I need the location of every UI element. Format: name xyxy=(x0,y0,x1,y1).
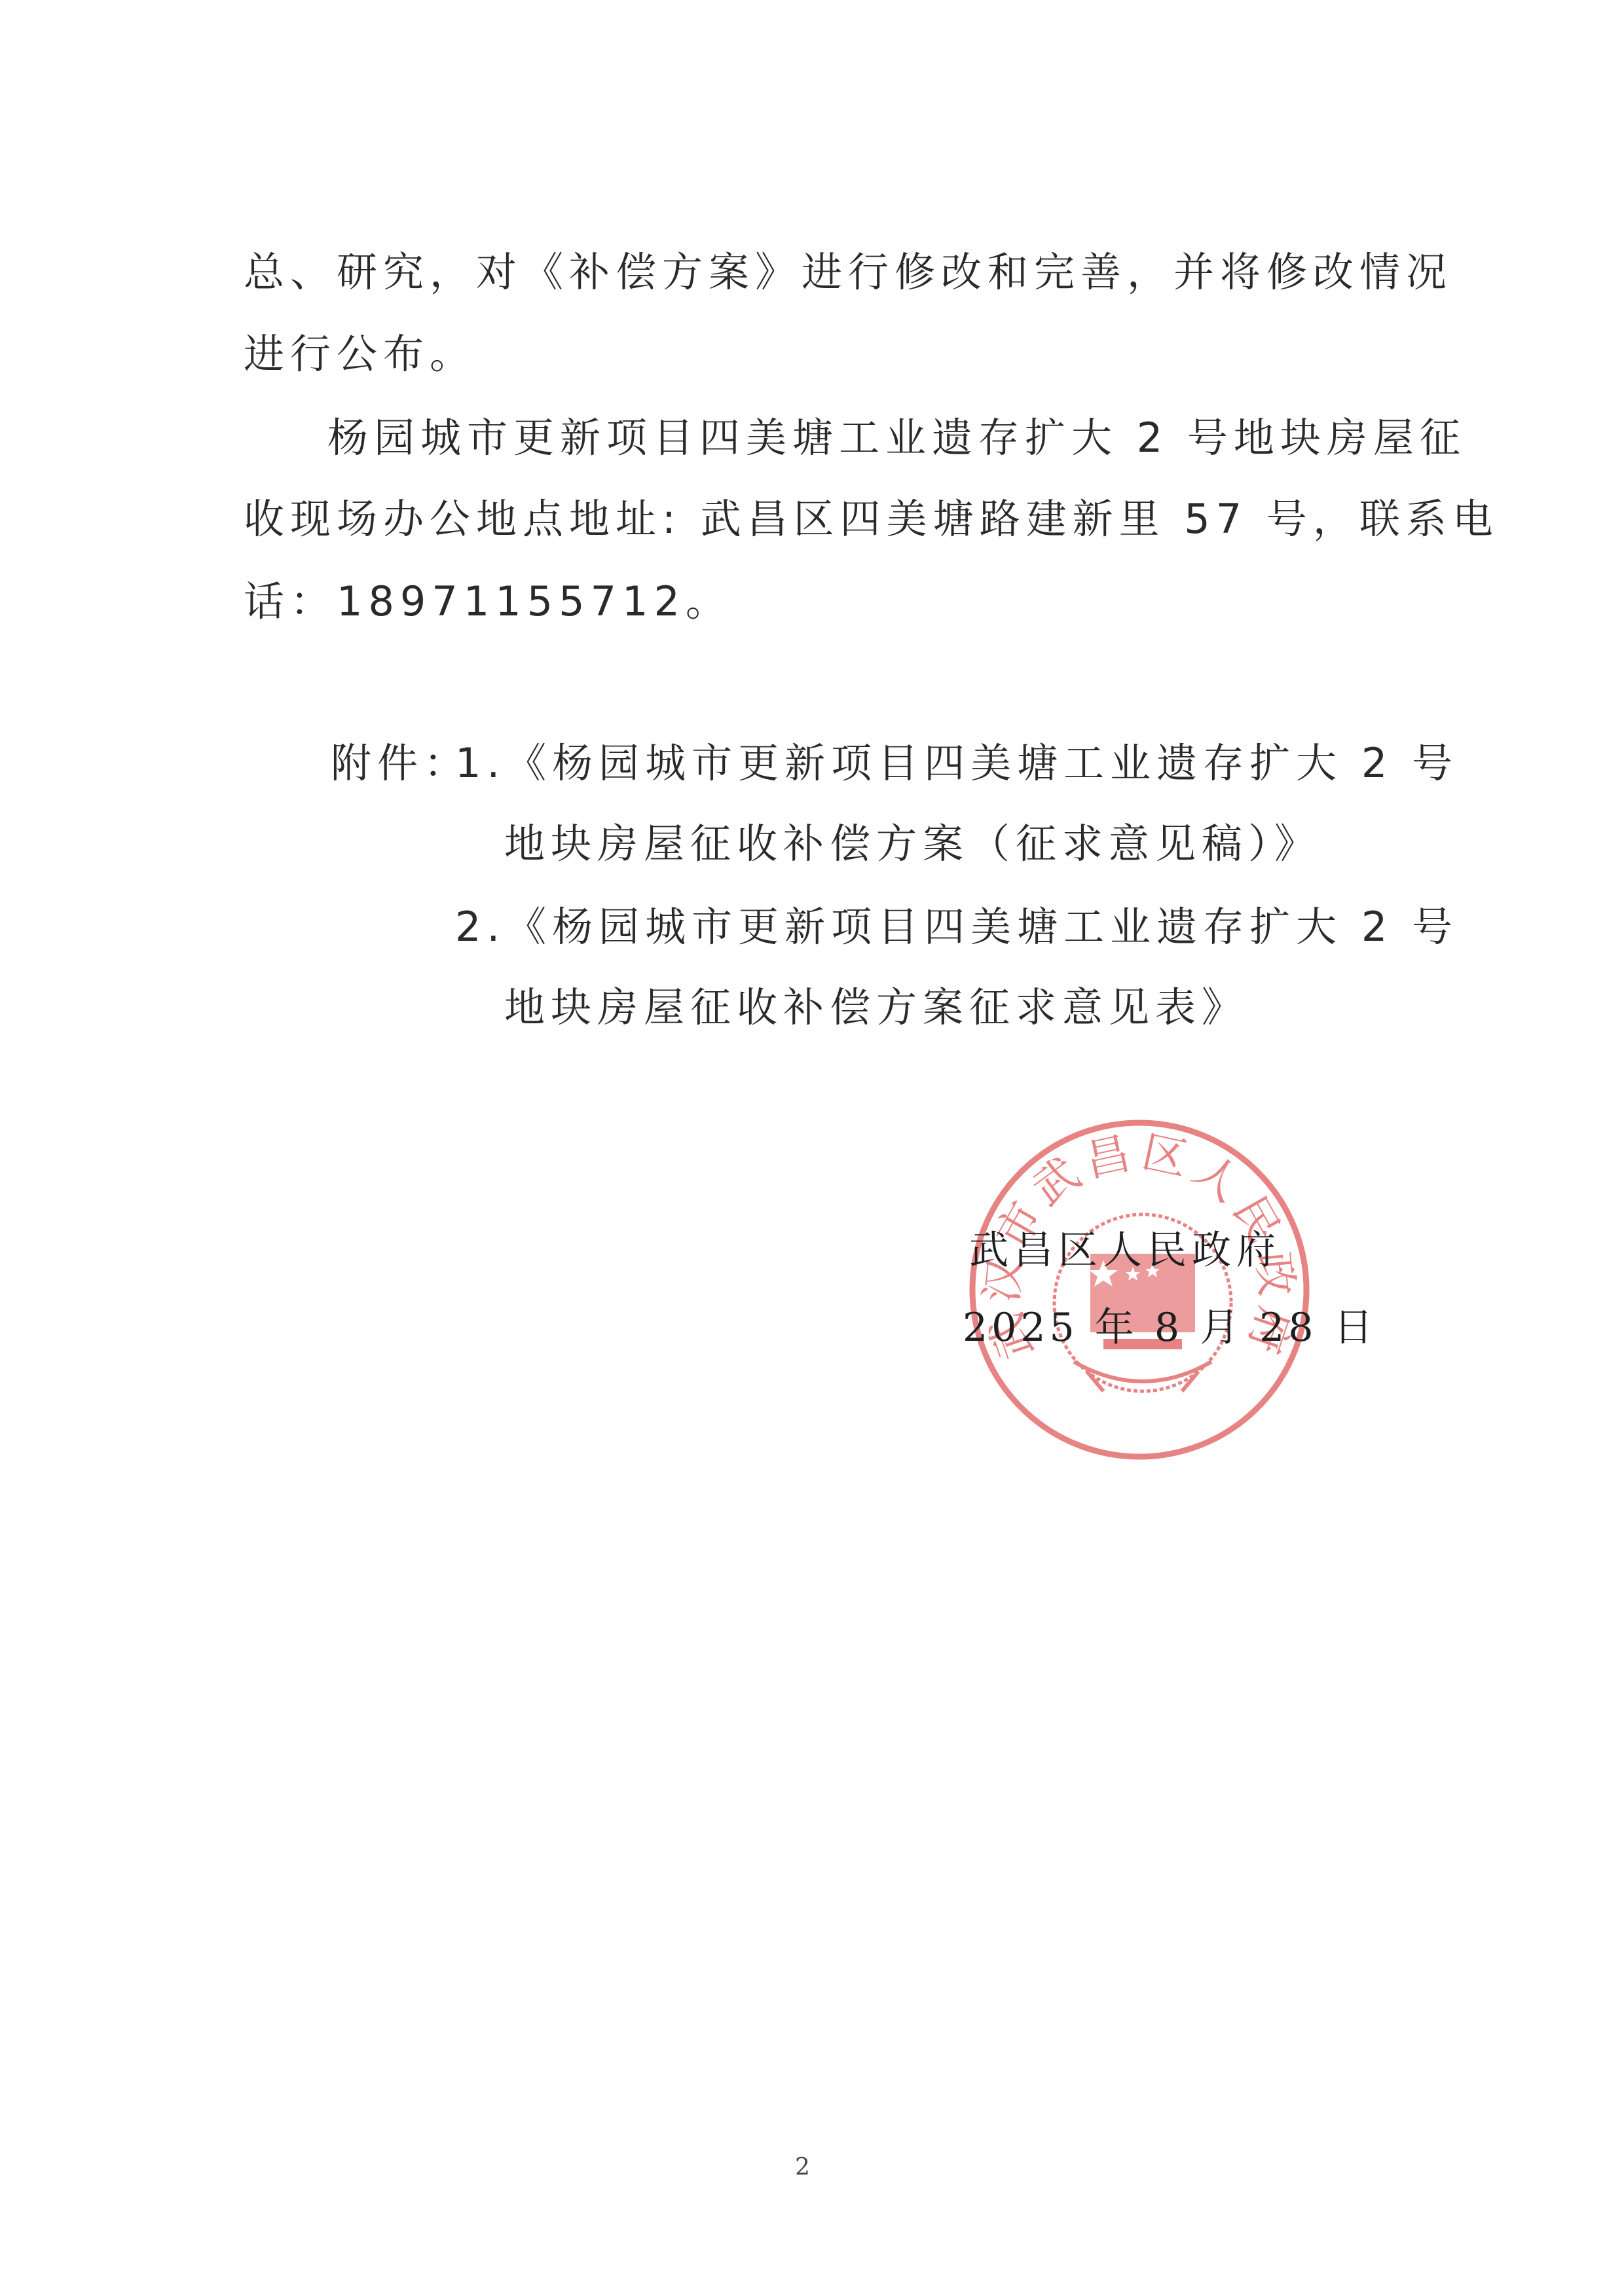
attachments-label: 附件： xyxy=(331,743,470,784)
attachment-2-line-2: 地块房屋征收补偿方案征求意见表》 xyxy=(504,987,1248,1028)
attachment-2-line-1: 2.《杨园城市更新项目四美塘工业遗存扩大 2 号 xyxy=(455,907,1458,947)
document-page: 总、研究，对《补偿方案》进行修改和完善，并将修改情况 进行公布。 杨园城市更新项… xyxy=(0,0,1624,2296)
page-number: 2 xyxy=(795,2154,810,2181)
paragraph-1-line-2: 进行公布。 xyxy=(244,334,476,374)
paragraph-2-line-2: 收现场办公地点地址: 武昌区四美塘路建新里 57 号，联系电 xyxy=(244,499,1499,539)
attachment-1-line-2: 地块房屋征收补偿方案（征求意见稿）》 xyxy=(504,824,1321,864)
official-seal-icon: 武汉市武昌区人民政府 xyxy=(963,1113,1316,1467)
issuer-signature: 武昌区人民政府 xyxy=(969,1231,1281,1270)
attachment-1-line-1: 1.《杨园城市更新项目四美塘工业遗存扩大 2 号 xyxy=(455,743,1458,784)
paragraph-2-line-1: 杨园城市更新项目四美塘工业遗存扩大 2 号地块房屋征 xyxy=(327,418,1466,458)
issue-date: 2025 年 8 月 28 日 xyxy=(963,1308,1377,1347)
paragraph-2-line-3: 话：18971155712。 xyxy=(244,581,732,622)
paragraph-1-line-1: 总、研究，对《补偿方案》进行修改和完善，并将修改情况 xyxy=(244,252,1452,293)
